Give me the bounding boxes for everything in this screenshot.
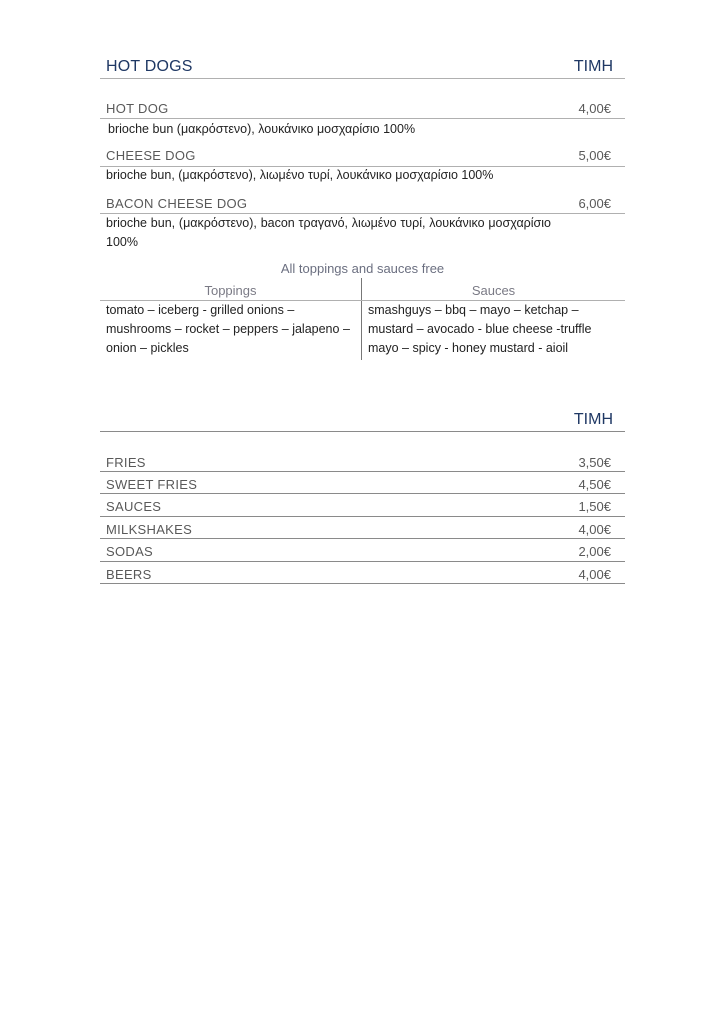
item-price: 4,00€	[578, 522, 611, 537]
item-name: SODAS	[106, 544, 153, 559]
item-description: brioche bun (μακρόστενο), λουκάνικο μοσχ…	[108, 120, 553, 139]
menu-item: SODAS 2,00€	[100, 541, 625, 561]
item-name: HOT DOG	[106, 101, 169, 116]
item-description: brioche bun, (μακρόστενο), λιωμένο τυρί,…	[106, 166, 551, 185]
menu-item: CHEESE DOG 5,00€	[100, 147, 625, 165]
item-name: BACON CHEESE DOG	[106, 196, 247, 211]
item-price: 2,00€	[578, 544, 611, 559]
item-description: brioche bun, (μακρόστενο), bacon τραγανό…	[106, 214, 551, 252]
price-column-header: TIMH	[574, 58, 613, 76]
divider	[100, 471, 625, 472]
divider	[100, 516, 625, 517]
item-name: CHEESE DOG	[106, 148, 196, 163]
item-price: 5,00€	[578, 148, 611, 163]
item-name: SWEET FRIES	[106, 477, 197, 492]
hotdogs-header: HOT DOGS TIMH	[100, 56, 625, 78]
divider	[100, 493, 625, 494]
item-price: 4,00€	[578, 567, 611, 582]
menu-item: FRIES 3,50€	[100, 452, 625, 472]
toppings-list: tomato – iceberg - grilled onions – mush…	[106, 301, 358, 358]
menu-item: SWEET FRIES 4,50€	[100, 474, 625, 494]
sauces-list: smashguys – bbq – mayo – ketchap – musta…	[368, 301, 620, 358]
item-price: 1,50€	[578, 499, 611, 514]
item-price: 4,00€	[578, 101, 611, 116]
price-column-header: TIMH	[574, 411, 613, 429]
free-extras-note: All toppings and sauces free	[100, 261, 625, 276]
section-title: HOT DOGS	[106, 58, 193, 76]
sides-header: TIMH	[100, 409, 625, 431]
menu-item: HOT DOG 4,00€	[100, 100, 625, 118]
sauces-header: Sauces	[362, 283, 625, 298]
divider	[100, 431, 625, 432]
toppings-header: Toppings	[100, 283, 361, 298]
divider	[100, 583, 625, 584]
item-price: 3,50€	[578, 455, 611, 470]
menu-item: SAUCES 1,50€	[100, 496, 625, 516]
column-divider	[361, 278, 362, 360]
menu-item: BEERS 4,00€	[100, 564, 625, 584]
divider	[100, 561, 625, 562]
item-name: FRIES	[106, 455, 146, 470]
divider	[100, 118, 625, 119]
item-price: 4,50€	[578, 477, 611, 492]
item-name: SAUCES	[106, 499, 161, 514]
divider	[100, 538, 625, 539]
menu-item: BACON CHEESE DOG 6,00€	[100, 195, 625, 213]
item-name: BEERS	[106, 567, 152, 582]
item-price: 6,00€	[578, 196, 611, 211]
menu-item: MILKSHAKES 4,00€	[100, 519, 625, 539]
item-name: MILKSHAKES	[106, 522, 192, 537]
divider	[100, 78, 625, 79]
